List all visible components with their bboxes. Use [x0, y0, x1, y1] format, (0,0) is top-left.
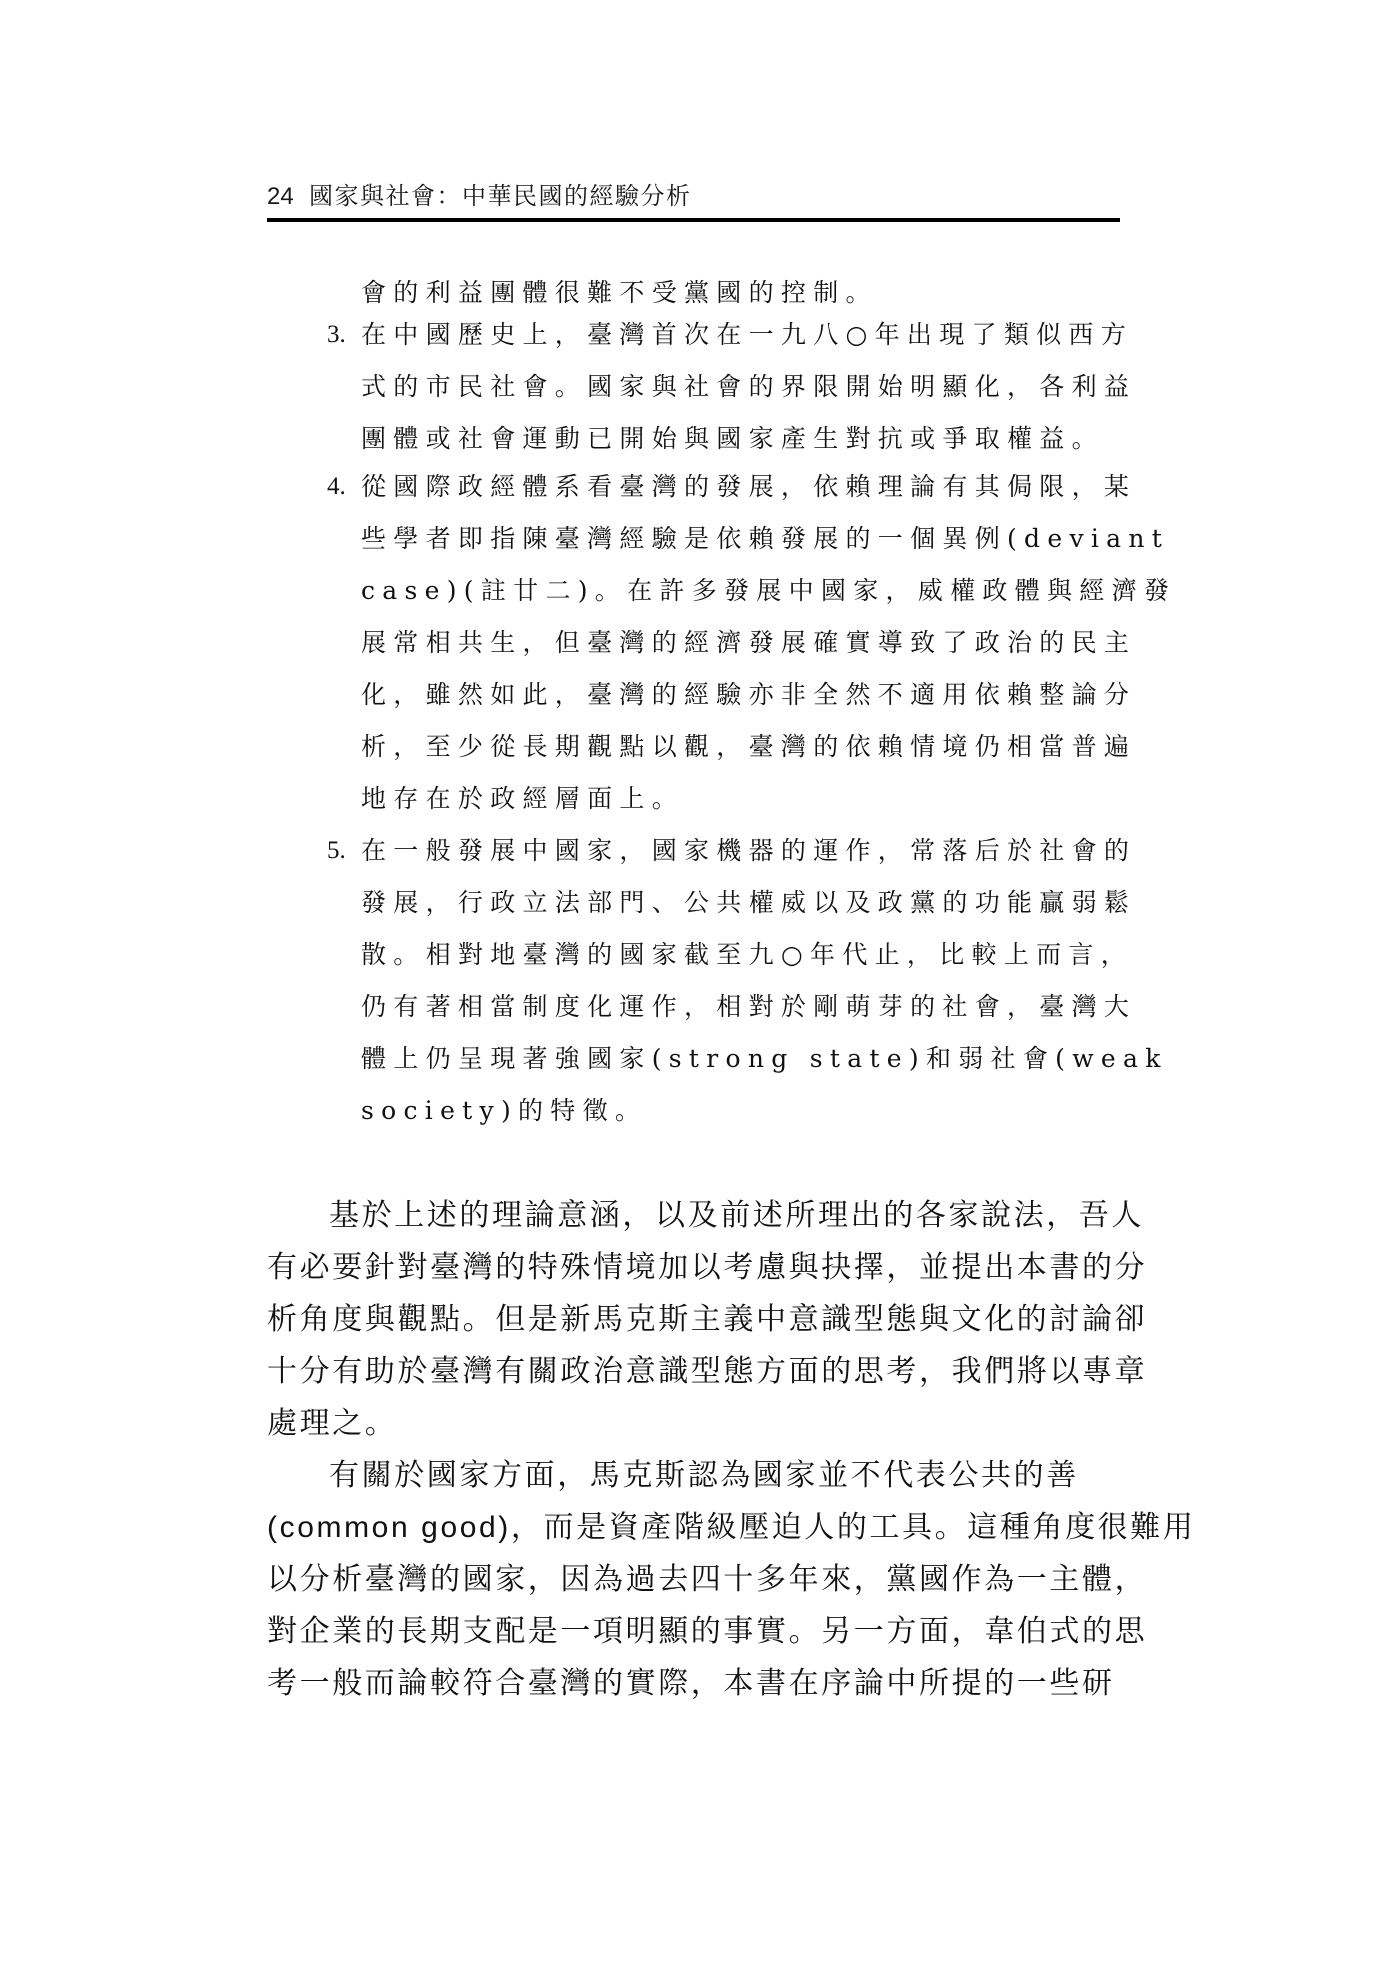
list-item-3: 3. 在中國歷史上，臺灣首次在一九八○年出現了類似西方 式的市民社會。國家與社會… — [327, 309, 1117, 465]
list-number: 5. — [327, 825, 346, 877]
header-rule — [267, 218, 1120, 222]
paragraph-line: (common good)，而是資產階級壓迫人的工具。這種角度很難用 — [267, 1502, 1122, 1554]
list-line: 式的市民社會。國家與社會的界限開始明顯化，各利益 — [361, 361, 1117, 413]
paragraph-line: 以分析臺灣的國家，因為過去四十多年來，黨國作為一主體， — [267, 1554, 1122, 1606]
list-line: 發展，行政立法部門、公共權威以及政黨的功能贏弱鬆 — [361, 877, 1117, 929]
paragraph-line: 十分有助於臺灣有關政治意識型態方面的思考，我們將以專章 — [267, 1346, 1122, 1398]
book-page: 24國家與社會：中華民國的經驗分析 會的利益團體很難不受黨國的控制。 3. 在中… — [0, 0, 1386, 1969]
paragraph-line: 基於上述的理論意涵，以及前述所理出的各家說法，吾人 — [267, 1190, 1122, 1242]
list-line: 散。相對地臺灣的國家截至九○年代止，比較上而言， — [361, 929, 1117, 981]
paragraph-theory-implications: 基於上述的理論意涵，以及前述所理出的各家說法，吾人 有必要針對臺灣的特殊情境加以… — [267, 1190, 1122, 1450]
list-line: case)(註廿二)。在許多發展中國家，威權政體與經濟發 — [361, 565, 1117, 617]
list-line: 些學者即指陳臺灣經驗是依賴發展的一個異例(deviant — [361, 513, 1117, 565]
list-line: 析，至少從長期觀點以觀，臺灣的依賴情境仍相當普遍 — [361, 721, 1117, 773]
page-number: 24 — [267, 180, 289, 214]
book-title: 國家與社會：中華民國的經驗分析 — [309, 183, 692, 210]
running-header: 24國家與社會：中華民國的經驗分析 — [267, 180, 1120, 216]
list-line: 體上仍呈現著強國家(strong state)和弱社會(weak — [361, 1033, 1117, 1085]
list-line: 地存在於政經層面上。 — [361, 773, 1117, 825]
list-item-4: 4. 從國際政經體系看臺灣的發展，依賴理論有其侷限，某 些學者即指陳臺灣經驗是依… — [327, 461, 1117, 825]
list-number: 3. — [327, 309, 346, 361]
paragraph-line: 處理之。 — [267, 1398, 1122, 1450]
body-text: 基於上述的理論意涵，以及前述所理出的各家說法，吾人 有必要針對臺灣的特殊情境加以… — [267, 1190, 1122, 1710]
numbered-list: 會的利益團體很難不受黨國的控制。 3. 在中國歷史上，臺灣首次在一九八○年出現了… — [327, 267, 1117, 1137]
list-line: 仍有著相當制度化運作，相對於剛萌芽的社會，臺灣大 — [361, 981, 1117, 1033]
paragraph-line: 有必要針對臺灣的特殊情境加以考慮與抉擇，並提出本書的分 — [267, 1242, 1122, 1294]
paragraph-line: 析角度與觀點。但是新馬克斯主義中意識型態與文化的討論卻 — [267, 1294, 1122, 1346]
list-line: 展常相共生，但臺灣的經濟發展確實導致了政治的民主 — [361, 617, 1117, 669]
paragraph-line: 考一般而論較符合臺灣的實際，本書在序論中所提的一些研 — [267, 1658, 1122, 1710]
list-line: society)的特徵。 — [361, 1085, 1117, 1137]
list-line: 在一般發展中國家，國家機器的運作，常落后於社會的 — [361, 825, 1117, 877]
list-number: 4. — [327, 461, 346, 513]
list-line: 從國際政經體系看臺灣的發展，依賴理論有其侷限，某 — [361, 461, 1117, 513]
paragraph-state: 有關於國家方面，馬克斯認為國家並不代表公共的善 (common good)，而是… — [267, 1450, 1122, 1710]
list-line: 團體或社會運動已開始與國家產生對抗或爭取權益。 — [361, 413, 1117, 465]
paragraph-line: 有關於國家方面，馬克斯認為國家並不代表公共的善 — [267, 1450, 1122, 1502]
paragraph-line: 對企業的長期支配是一項明顯的事實。另一方面，韋伯式的思 — [267, 1606, 1122, 1658]
list-item-5: 5. 在一般發展中國家，國家機器的運作，常落后於社會的 發展，行政立法部門、公共… — [327, 825, 1117, 1137]
list-line: 化，雖然如此，臺灣的經驗亦非全然不適用依賴整論分 — [361, 669, 1117, 721]
list-line: 在中國歷史上，臺灣首次在一九八○年出現了類似西方 — [361, 309, 1117, 361]
